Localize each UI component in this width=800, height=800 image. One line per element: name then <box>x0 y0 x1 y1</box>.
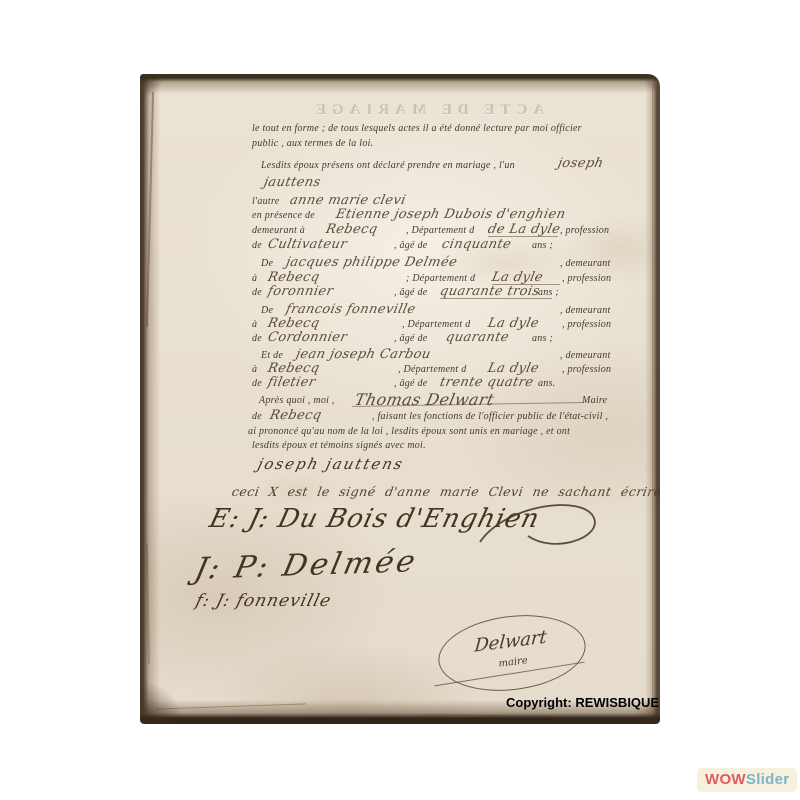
printed-text: public , aux termes de la loi. <box>252 138 373 149</box>
printed-text: de <box>252 240 262 251</box>
printed-text: , profession <box>562 319 611 330</box>
printed-text: , Département d <box>402 319 470 330</box>
paper-crack <box>146 544 150 664</box>
printed-text: , âgé de <box>394 287 427 298</box>
doc-line: Lesdits époux présens ont déclaré prendr… <box>140 160 660 175</box>
printed-text: , faisant les fonctions de l'officier pu… <box>372 411 608 422</box>
handwritten-text: trente quatre <box>438 375 535 390</box>
handwritten-text: filetier <box>266 375 317 390</box>
printed-text: Et de <box>261 350 283 361</box>
printed-text: de <box>252 411 262 422</box>
handwritten-text: Rebecq <box>266 316 321 331</box>
printed-text: , âgé de <box>394 240 427 251</box>
handwritten-text: jacques philippe Delmée <box>284 255 458 270</box>
printed-text: ans. <box>538 378 555 389</box>
handwritten-text: Rebecq <box>268 408 323 423</box>
printed-text: Maire <box>582 395 607 406</box>
printed-text: , profession <box>560 225 609 236</box>
handwritten-text: Rebecq <box>266 270 321 285</box>
doc-line: de foronnier , âgé de quarante trois ans… <box>140 287 660 302</box>
printed-text: ai prononcé qu'au nom de la loi , lesdit… <box>248 426 570 437</box>
printed-text: demeurant à <box>252 225 305 236</box>
handwritten-text: quarante trois <box>438 284 541 299</box>
printed-text: à <box>252 364 257 375</box>
printed-text: , demeurant <box>560 350 611 361</box>
handwritten-text: jauttens <box>262 175 322 190</box>
handwritten-text: cinquante <box>440 237 512 252</box>
watermark-slider-label: Slider <box>746 771 789 788</box>
mayor-oval-signature: Delwart maire <box>434 607 590 698</box>
doc-line: public , aux termes de la loi. <box>140 138 660 153</box>
printed-text: de <box>252 333 262 344</box>
printed-text: lesdits époux et témoins signés avec moi… <box>252 440 426 451</box>
signature-joseph-jauttens: joseph jauttens <box>256 455 406 473</box>
printed-text: , âgé de <box>394 378 427 389</box>
handwritten-text: foronnier <box>266 284 334 299</box>
printed-text: De <box>261 305 273 316</box>
doc-line: de Cordonnier , âgé de quarante ans ; <box>140 333 660 348</box>
doc-line: à Rebecq , Département d La dyle , profe… <box>140 364 660 379</box>
paper-scratch <box>156 703 306 709</box>
handwritten-text: joseph <box>556 156 605 171</box>
printed-text: de <box>252 287 262 298</box>
printed-text: , demeurant <box>560 258 611 269</box>
handwritten-text: jean joseph Carbou <box>294 347 432 362</box>
slide-photo[interactable]: ACTE DE MARIAGE le tout en forme ; de to… <box>140 74 660 724</box>
printed-text: , profession <box>562 364 611 375</box>
printed-text: , âgé de <box>394 333 427 344</box>
handwritten-text: de La dyle <box>486 222 561 237</box>
printed-text: , Département d <box>406 225 474 236</box>
handwritten-text: quarante <box>444 330 510 345</box>
doc-line: demeurant à Rebecq , Département d de La… <box>140 225 660 240</box>
handwritten-text: Rebecq <box>324 222 379 237</box>
printed-text: ; Département d <box>406 273 475 284</box>
mark-statement: ceci X est le signé d'anne marie Clevi n… <box>231 484 660 499</box>
printed-text: le tout en forme ; de tous lesquels acte… <box>252 123 582 134</box>
handwritten-text: Etienne joseph Dubois d'enghien <box>334 207 567 222</box>
handwritten-signature: Thomas Delwart <box>353 390 496 409</box>
doc-line: de Rebecq , faisant les fonctions de l'o… <box>140 411 660 426</box>
handwritten-text: francois fonneville <box>284 302 417 317</box>
copyright-text: Copyright: REWISBIQUE <box>506 695 659 710</box>
watermark-wow-label: WOW <box>705 771 746 788</box>
handwritten-text: La dyle <box>486 316 540 331</box>
printed-text: De <box>261 258 273 269</box>
doc-line: de Cultivateur , âgé de cinquante ans ; <box>140 240 660 255</box>
doc-line: jauttens <box>140 175 660 190</box>
printed-text: à <box>252 273 257 284</box>
printed-text: , Département d <box>398 364 466 375</box>
wowslider-watermark[interactable]: WOWSlider <box>697 768 797 792</box>
signature-delmee: J: P: Delmée <box>191 544 421 587</box>
doc-line: à Rebecq ; Département d La dyle , profe… <box>140 273 660 288</box>
handwritten-text: Cordonnier <box>266 330 348 345</box>
printed-text: , profession <box>562 273 611 284</box>
printed-text: de <box>252 378 262 389</box>
handwritten-text: La dyle <box>490 270 544 285</box>
handwritten-text: anne marie clevi <box>288 193 407 208</box>
printed-text: à <box>252 319 257 330</box>
doc-line: Après quoi , moi , Thomas Delwart Maire <box>140 395 660 410</box>
printed-text: ans ; <box>532 333 553 344</box>
doc-line: à Rebecq , Département d La dyle , profe… <box>140 319 660 334</box>
paper-scratch <box>425 714 555 717</box>
printed-text: en présence de <box>252 210 315 221</box>
doc-line: le tout en forme ; de tous lesquels acte… <box>140 123 660 138</box>
printed-text: , demeurant <box>560 305 611 316</box>
printed-text: Après quoi , moi , <box>259 395 335 406</box>
signature-fonneville: f: J: fonneville <box>194 591 334 611</box>
handwritten-text: Cultivateur <box>266 237 348 252</box>
doc-line: lesdits époux et témoins signés avec moi… <box>140 440 660 455</box>
printed-text: l'autre <box>252 196 279 207</box>
printed-text: Lesdits époux présens ont déclaré prendr… <box>261 160 515 171</box>
slider-stage: ACTE DE MARIAGE le tout en forme ; de to… <box>0 0 800 800</box>
printed-text: ans ; <box>538 287 559 298</box>
bleedthrough-title: ACTE DE MARIAGE <box>287 102 567 119</box>
doc-line: en présence de Etienne joseph Dubois d'e… <box>140 210 660 225</box>
handwritten-text: Rebecq <box>266 361 321 376</box>
printed-text: ans ; <box>532 240 553 251</box>
handwritten-text: La dyle <box>486 361 540 376</box>
doc-line: Et de jean joseph Carbou , demeurant <box>140 350 660 365</box>
doc-line: De jacques philippe Delmée , demeurant <box>140 258 660 273</box>
signature-flourish <box>476 498 606 556</box>
doc-line: De francois fonneville , demeurant <box>140 305 660 320</box>
doc-line: ai prononcé qu'au nom de la loi , lesdit… <box>140 426 660 441</box>
